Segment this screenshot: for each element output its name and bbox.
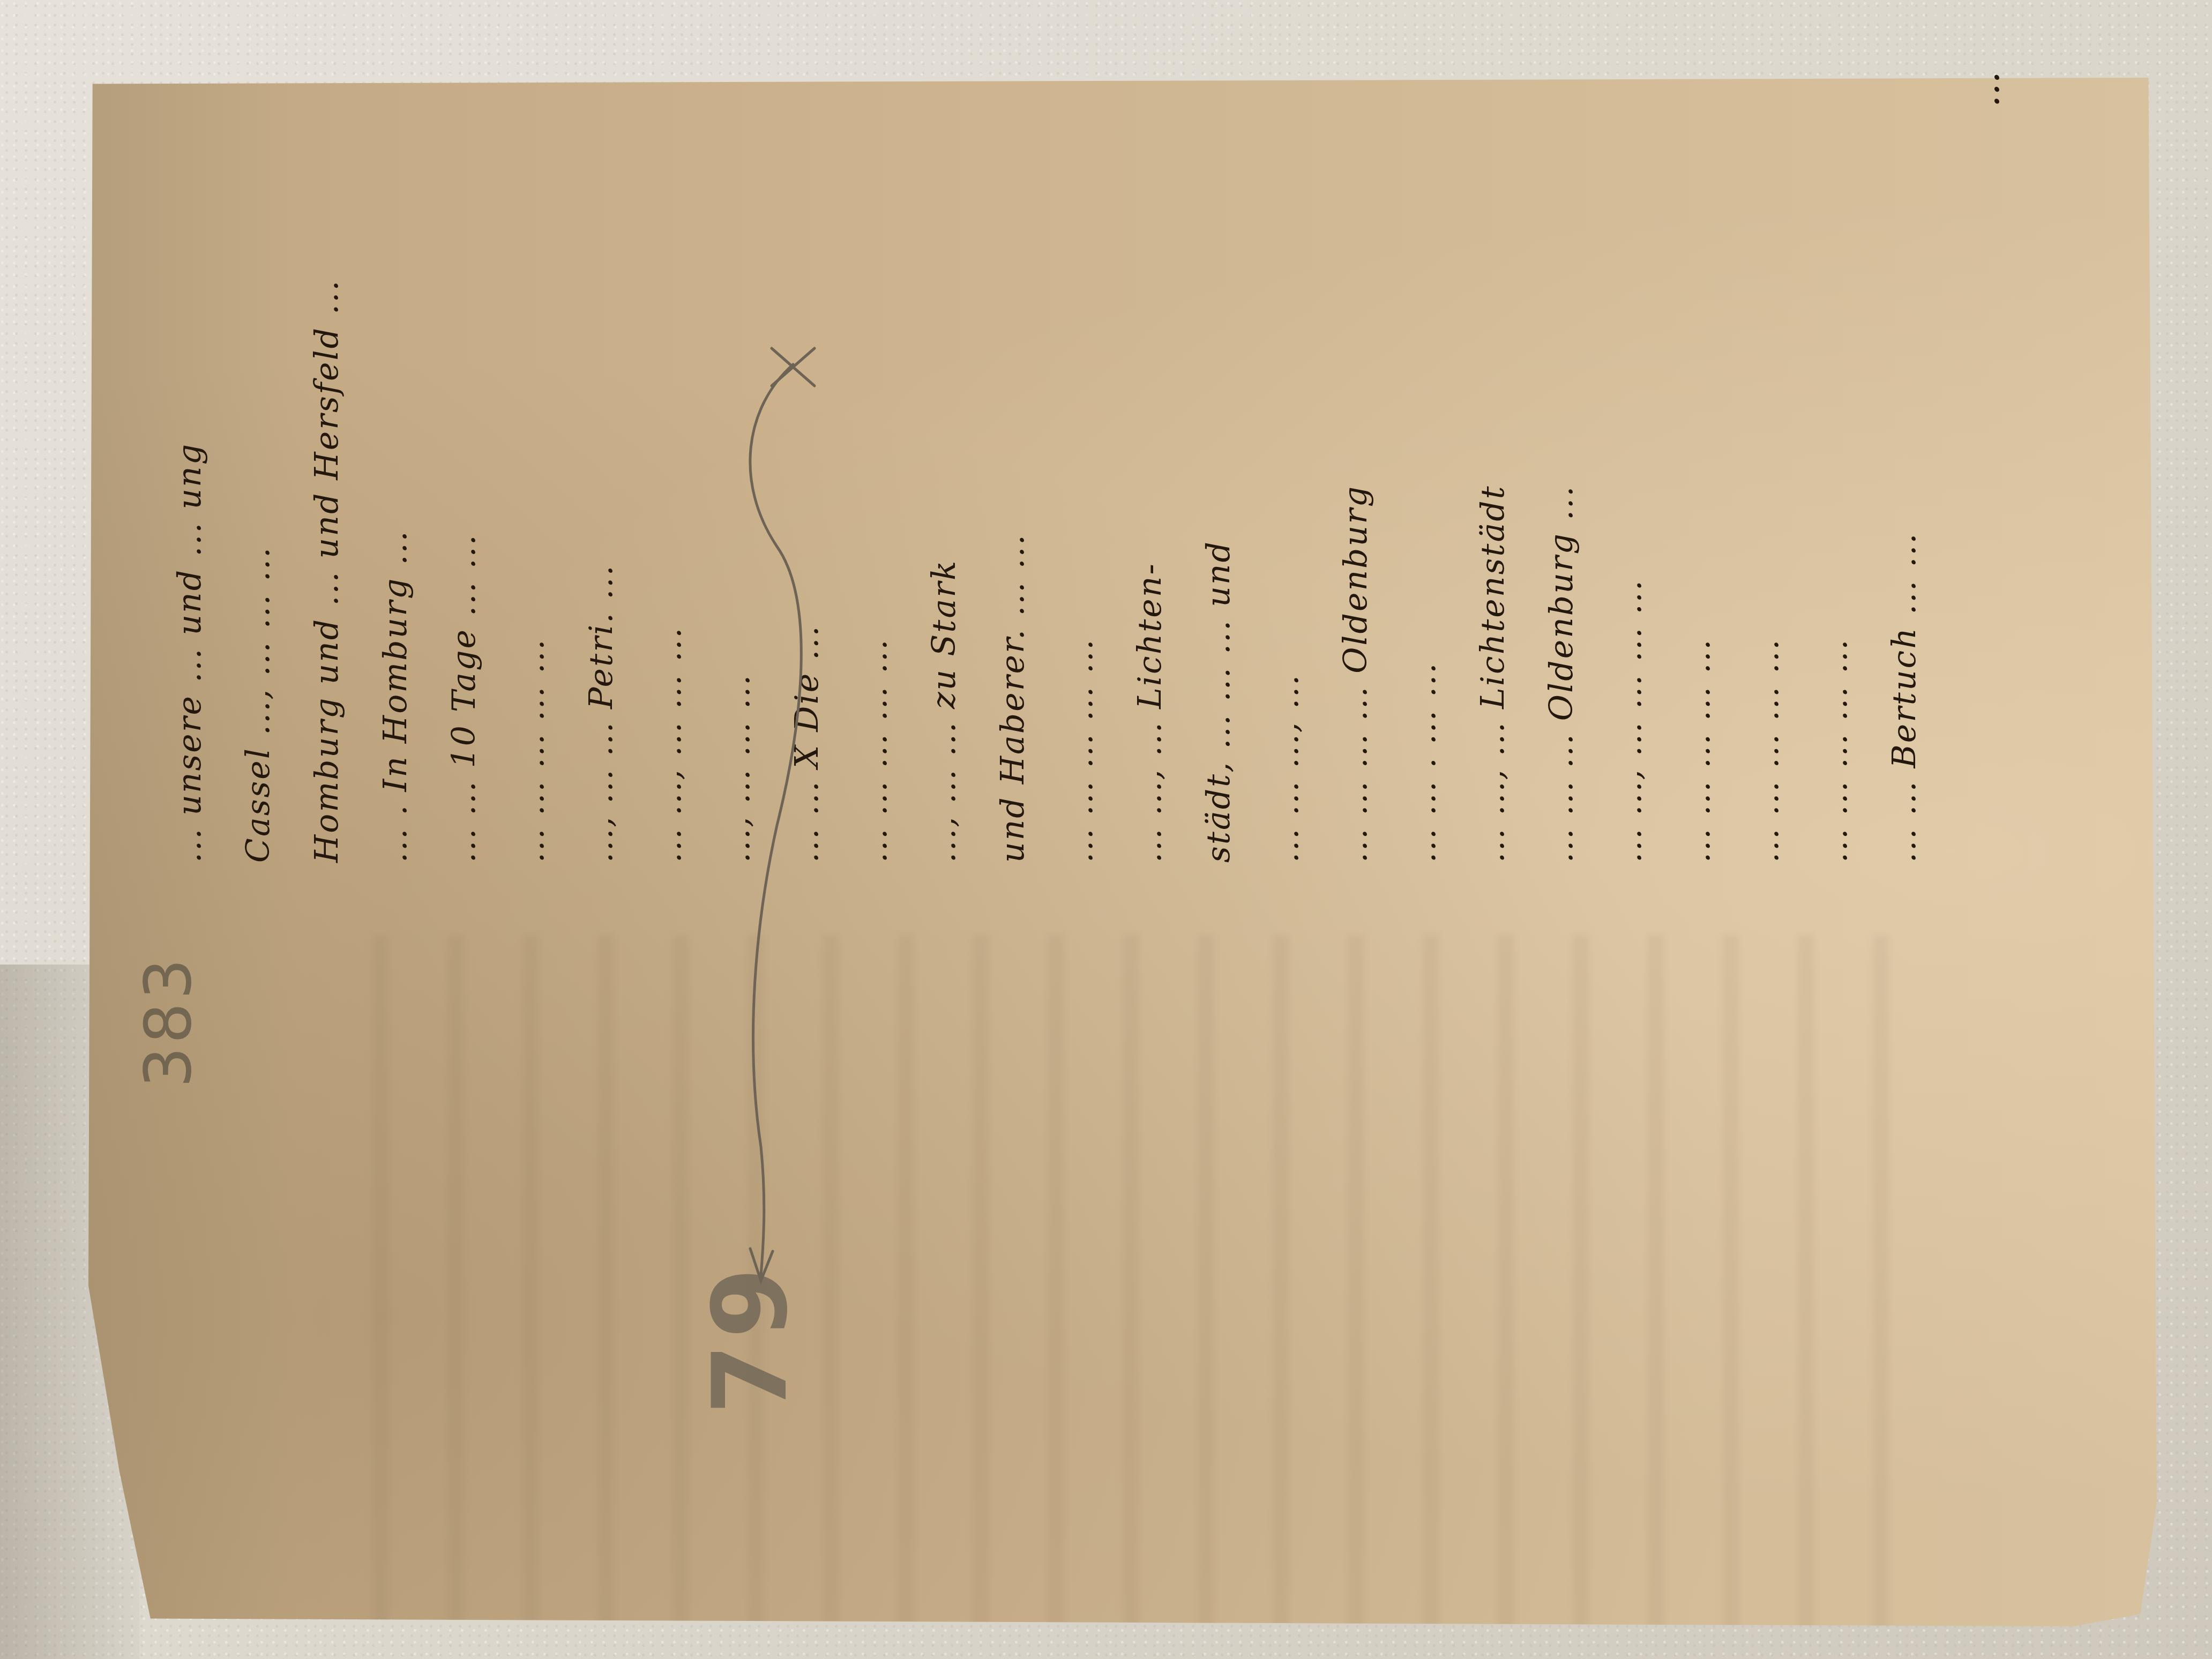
text-line: ... ... ..., ... [1253, 86, 1321, 863]
closing-word: ... [1964, 71, 2008, 107]
text-line: ... ... ... ... ... [1802, 86, 1870, 863]
text-line: ... ..., ... ... ... [636, 86, 704, 863]
text-line: Cassel ..., ... ... ... [224, 86, 293, 863]
text-line: ... ... . ... ... [1390, 86, 1459, 863]
text-line: und Haberer. ... ... [978, 86, 1047, 863]
text-line: ... ..., ... Lichtenstädt [1459, 86, 1527, 863]
text-line: ... ... ... ... ... [498, 86, 567, 863]
text-line: städt, ... ... ... und [1184, 86, 1253, 863]
text-line: ... . In Homburg ... [361, 86, 430, 863]
text-line: ... ..., ... Lichten- [1116, 86, 1184, 863]
text-line: ... ..., ... ... ... ... [1596, 86, 1664, 863]
text-line: ... ... 10 Tage ... ... [430, 86, 498, 863]
text-line: ..., ... ... Petri. ... [567, 86, 636, 863]
text-line: ... ... ... ... ... [1047, 86, 1116, 863]
handwritten-text-block: ... unsere ... und ... ung Cassel ..., .… [155, 86, 1977, 863]
ink-bleed-through [313, 935, 1921, 1632]
text-line: ... ... Bertuch ... ... [1870, 86, 1939, 863]
text-line: ... ... ... ... ... [1664, 86, 1733, 863]
text-line: Homburg und ... und Hersfeld ... [293, 86, 361, 863]
text-line: ..., ... ... zu Stark [910, 86, 978, 863]
pencil-folio-number: 79 [691, 1262, 810, 1415]
text-line: ... ... ... Oldenburg ... [1527, 86, 1596, 863]
pencil-insertion-arrow-icon [713, 343, 831, 1297]
text-line: ... ... ... ... ... [841, 86, 910, 863]
text-line: ... ... ... ... ... [1733, 86, 1802, 863]
pencil-page-number: 383 [131, 955, 206, 1088]
text-line: ... unsere ... und ... ung [155, 86, 224, 863]
text-line: ... ... ... ... Oldenburg [1321, 86, 1390, 863]
